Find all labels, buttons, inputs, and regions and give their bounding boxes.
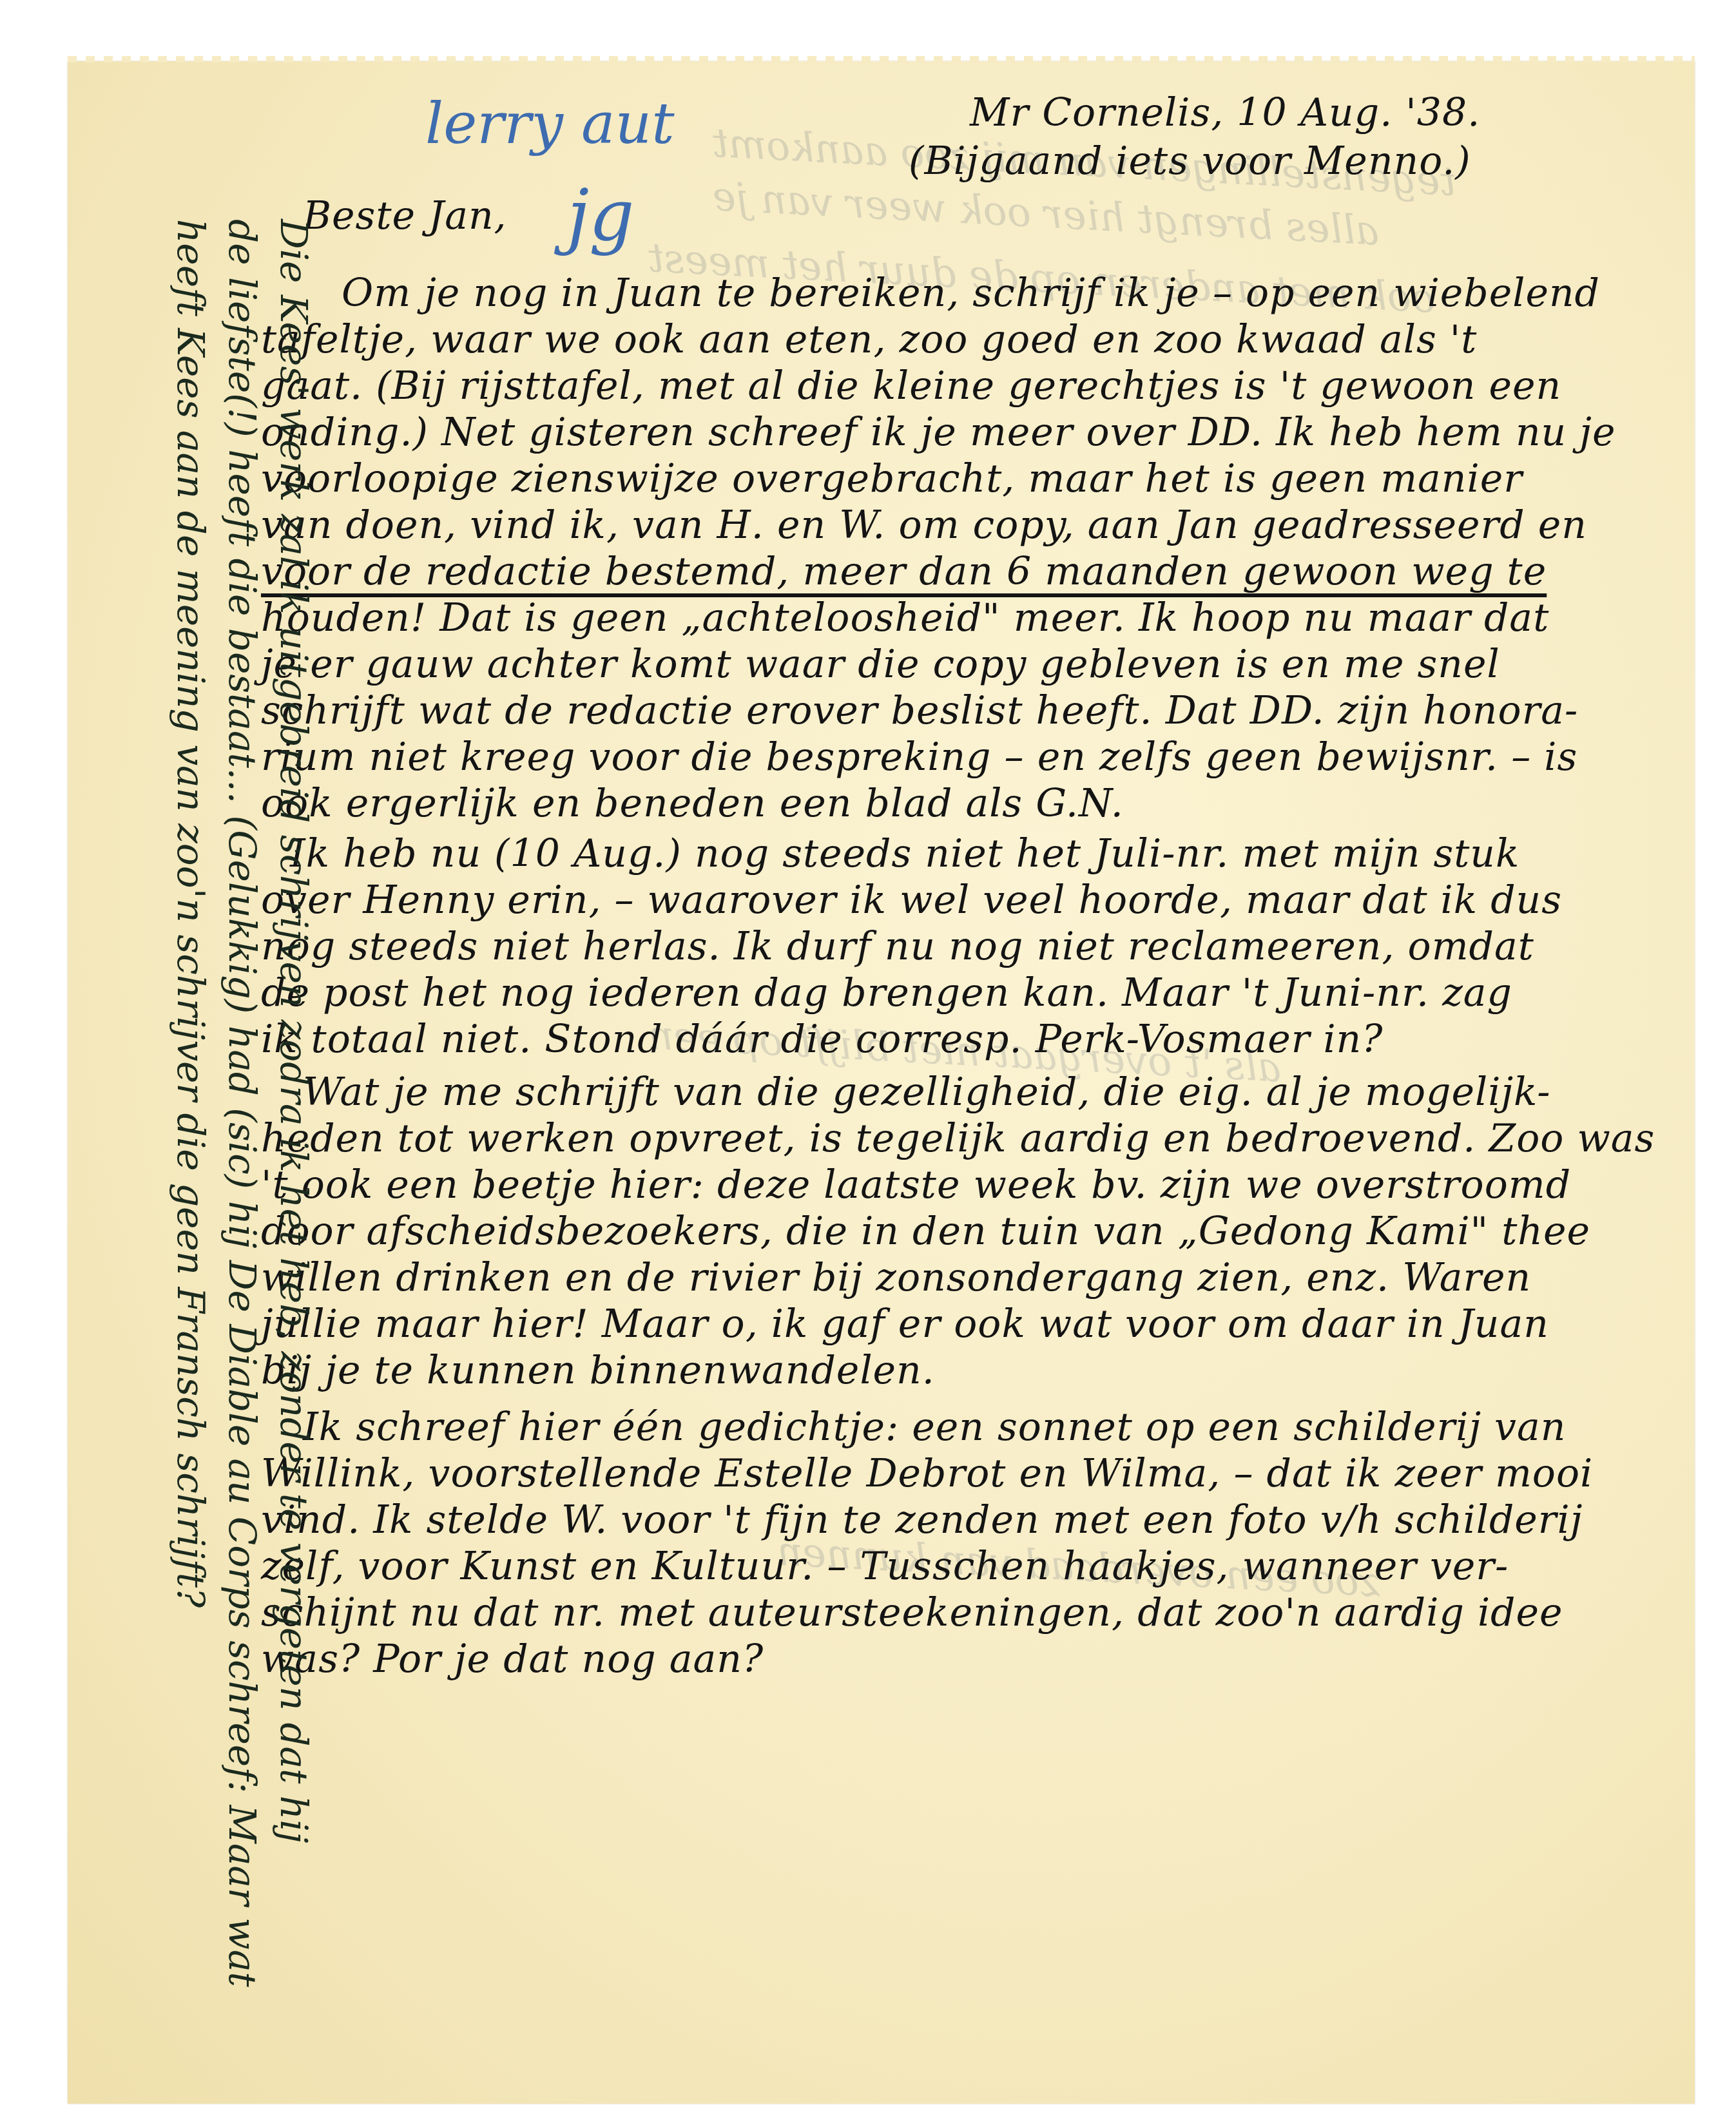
place-date: Mr Cornelis, 10 Aug. '38.	[970, 90, 1480, 135]
body-line: Ik heb nu (10 Aug.) nog steeds niet het …	[290, 831, 1519, 876]
body-line: nog steeds niet herlas. Ik durf nu nog n…	[261, 924, 1534, 969]
body-line: heden tot werken opvreet, is tegelijk aa…	[261, 1116, 1655, 1161]
body-line: vind. Ik stelde W. voor 't fijn te zende…	[261, 1497, 1583, 1542]
body-line: tafeltje, waar we ook aan eten, zoo goed…	[261, 317, 1477, 362]
body-line: Ik schreef hier één gedichtje: een sonne…	[303, 1405, 1566, 1450]
body-line: jullie maar hier! Maar o, ik gaf er ook …	[261, 1302, 1549, 1347]
header-note: (Bijgaand iets voor Menno.)	[909, 139, 1471, 184]
body-line: van doen, vind ik, van H. en W. om copy,…	[261, 503, 1587, 548]
body-line: zelf, voor Kunst en Kultuur. – Tusschen …	[261, 1544, 1509, 1589]
show-through-text: alles brengt hier ook weer van je	[711, 173, 1381, 255]
margin-note: Die Kees' werk zal ik uitgebreid schrijv…	[122, 219, 316, 2062]
body-line: onding.) Net gisteren schreef ik je meer…	[261, 410, 1615, 455]
body-line: willen drinken en de rivier bij zonsonde…	[261, 1255, 1531, 1300]
salutation: Beste Jan,	[303, 193, 507, 238]
body-line: Om je nog in Juan te bereiken, schrijf i…	[342, 271, 1600, 316]
body-line: 't ook een beetje hier: deze laatste wee…	[261, 1162, 1571, 1207]
body-line: Willink, voorstellende Estelle Debrot en…	[261, 1451, 1593, 1496]
body-line: je er gauw achter komt waar die copy geb…	[261, 642, 1500, 687]
body-line: rium niet kreeg voor die bespreking – en…	[261, 735, 1577, 780]
body-line: gaat. (Bij rijsttafel, met al die kleine…	[261, 363, 1561, 408]
body-line: schrijft wat de redactie erover beslist …	[261, 688, 1578, 733]
margin-note-line: Die Kees' werk zal ik uitgebreid schrijv…	[272, 219, 316, 1843]
body-line: schijnt nu dat nr. met auteursteekeninge…	[261, 1590, 1563, 1635]
body-line: bij je te kunnen binnenwandelen.	[261, 1348, 935, 1393]
margin-note-line: de liefste(!) heeft die bestaat... (Gelu…	[220, 219, 264, 1987]
blue-pencil-initials: jg	[567, 174, 635, 256]
body-line: ik totaal niet. Stond dáár die corresp. …	[261, 1017, 1383, 1062]
body-line: Wat je me schrijft van die gezelligheid,…	[303, 1070, 1551, 1115]
body-line-underlined: voor de redactie bestemd, meer dan 6 maa…	[261, 549, 1547, 594]
blue-pencil-annotation: lerry aut	[425, 90, 675, 157]
body-line: voorloopige zienswijze overgebracht, maa…	[261, 456, 1523, 501]
body-line: de post het nog iederen dag brengen kan.…	[261, 970, 1512, 1015]
body-line: over Henny erin, – waarover ik wel veel …	[261, 878, 1562, 923]
body-line: ook ergerlijk en beneden een blad als G.…	[261, 781, 1124, 826]
margin-note-line: heeft Kees aan de meening van zoo'n schr…	[169, 219, 213, 1608]
body-line: houden! Dat is geen „achteloosheid" meer…	[261, 595, 1549, 640]
body-line: door afscheidsbezoekers, die in den tuin…	[261, 1209, 1590, 1254]
body-line: was? Por je dat nog aan?	[261, 1637, 764, 1682]
